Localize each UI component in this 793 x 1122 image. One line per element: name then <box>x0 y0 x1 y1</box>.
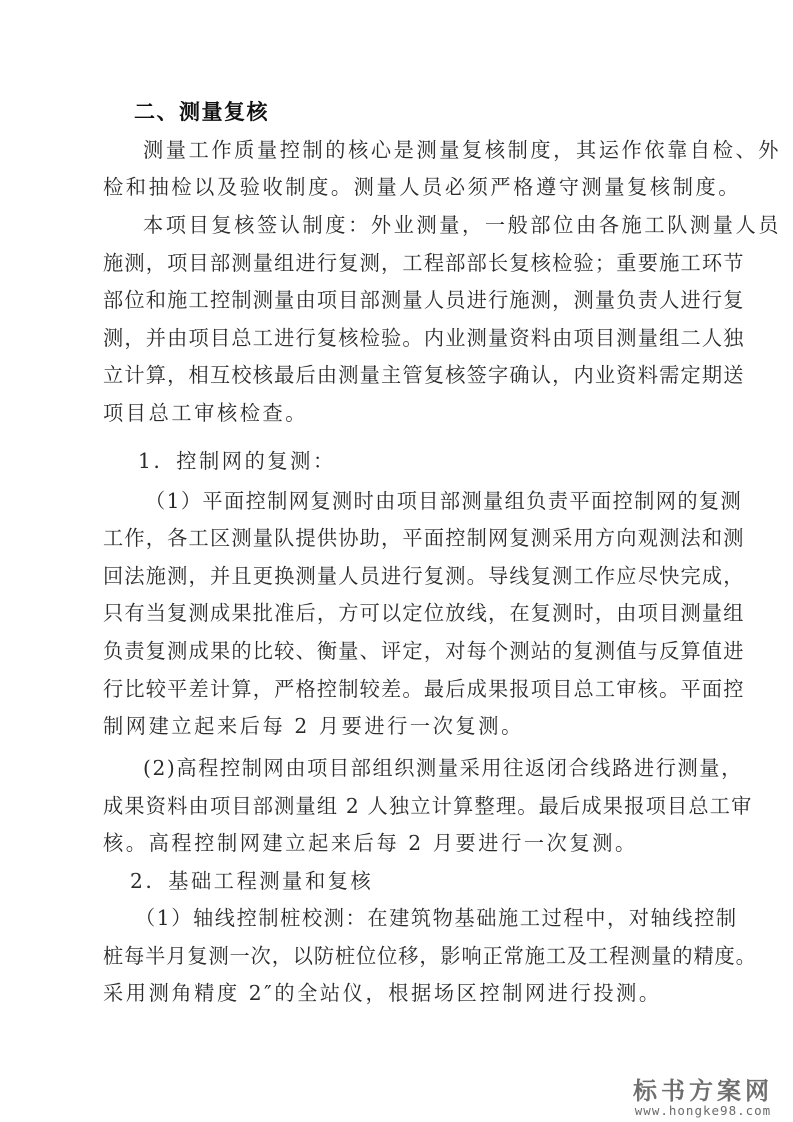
paragraph-line: 核。高程控制网建立起来后每 2 月要进行一次复测。 <box>103 830 695 856</box>
paragraph-line: 行比较平差计算，严格控制较差。最后成果报项目总工审核。平面控 <box>103 676 695 702</box>
paragraph-line: 桩每半月复测一次，以防桩位位移，影响正常施工及工程测量的精度。 <box>103 943 695 969</box>
watermark-title: 标书方案网 <box>623 1078 783 1104</box>
watermark: 标书方案网 www.hongke98.com <box>623 1078 783 1118</box>
document-page: 二、测量复核 测量工作质量控制的核心是测量复核制度，其运作依靠自检、外 检和抽检… <box>0 0 793 1122</box>
paragraph-line: 负责复测成果的比较、衡量、评定，对每个测站的复测值与反算值进 <box>103 638 695 664</box>
paragraph-line: （1）轴线控制桩校测：在建筑物基础施工过程中，对轴线控制 <box>135 905 695 931</box>
subsection-heading: 1．控制网的复测： <box>138 448 695 474</box>
paragraph-line: 立计算，相互校核最后由测量主管复核签字确认，内业资料需定期送 <box>103 362 695 388</box>
subsection-heading: 2．基础工程测量和复核 <box>130 868 695 894</box>
paragraph-line: (2)高程控制网由项目部组织测量采用往返闭合线路进行测量， <box>143 755 695 781</box>
paragraph-line: 成果资料由项目部测量组 2 人独立计算整理。最后成果报项目总工审 <box>103 793 695 819</box>
paragraph-line: 回法施测，并且更换测量人员进行复测。导线复测工作应尽快完成， <box>103 563 695 589</box>
paragraph-line: 施测，项目部测量组进行复测，工程部部长复核检验；重要施工环节 <box>103 250 695 276</box>
paragraph-line: 项目总工审核检查。 <box>103 400 695 426</box>
paragraph-line: 只有当复测成果批准后，方可以定位放线，在复测时，由项目测量组 <box>103 600 695 626</box>
paragraph-line: 检和抽检以及验收制度。测量人员必须严格遵守测量复核制度。 <box>103 174 695 200</box>
paragraph-line: 工作，各工区测量队提供协助，平面控制网复测采用方向观测法和测 <box>103 525 695 551</box>
paragraph-line: 制网建立起来后每 2 月要进行一次复测。 <box>103 713 695 739</box>
paragraph-line: 测，并由项目总工进行复核检验。内业测量资料由项目测量组二人独 <box>103 325 695 351</box>
section-heading: 二、测量复核 <box>134 99 726 125</box>
paragraph-line: 部位和施工控制测量由项目部测量人员进行施测，测量负责人进行复 <box>103 287 695 313</box>
paragraph-line: （1）平面控制网复测时由项目部测量组负责平面控制网的复测 <box>145 488 695 514</box>
watermark-url: www.hongke98.com <box>623 1104 783 1118</box>
paragraph-line: 采用测角精度 2″的全站仪，根据场区控制网进行投测。 <box>103 980 695 1006</box>
paragraph-line: 本项目复核签认制度：外业测量，一般部位由各施工队测量人员 <box>143 212 695 238</box>
paragraph-line: 测量工作质量控制的核心是测量复核制度，其运作依靠自检、外 <box>143 137 695 163</box>
